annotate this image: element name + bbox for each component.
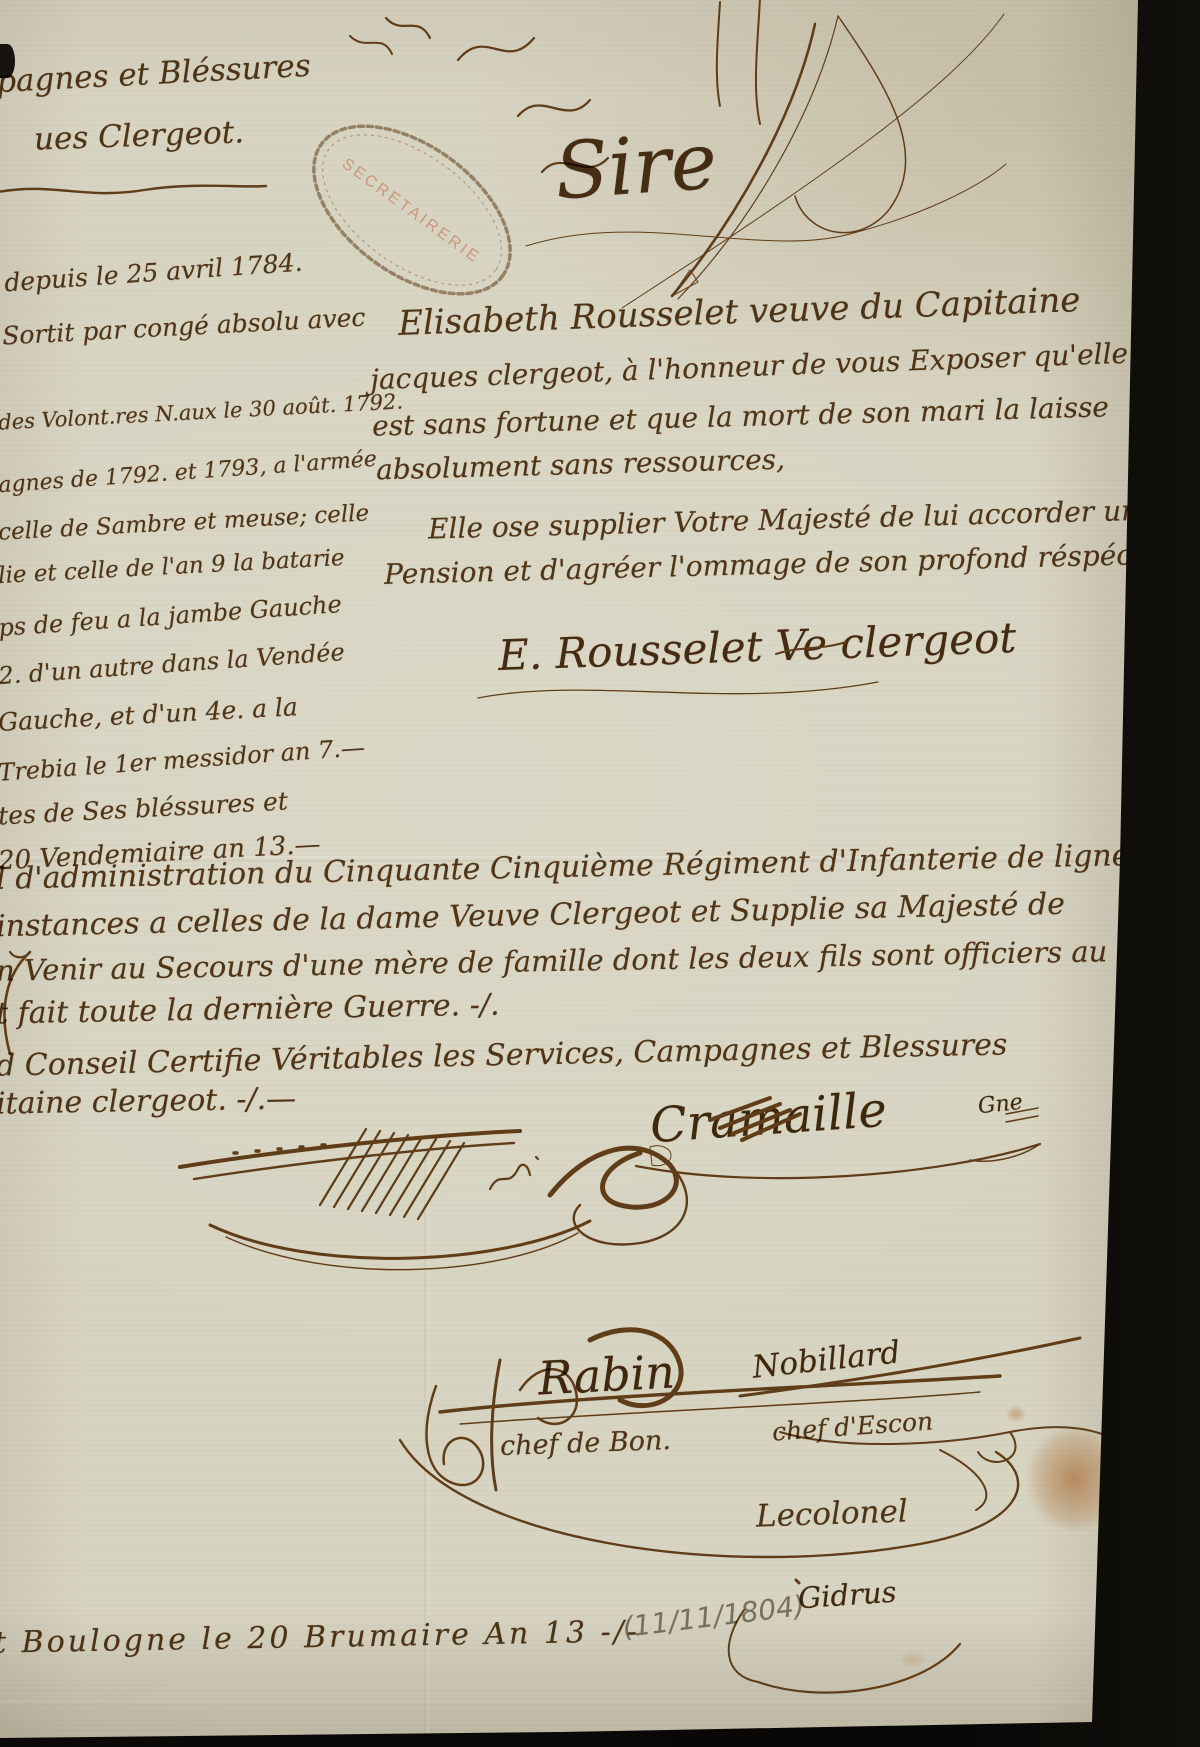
colonel-label: Lecolonel [755,1493,908,1534]
body-line: absolument sans ressources, [376,443,786,487]
rabin-title: chef de Bon. [500,1425,672,1462]
margin-underline-flourish [0,178,274,208]
document-paper: SECRETAIRERIE Sire pagnes et Bléssures u… [0,0,1200,1747]
council-line: t fait toute la dernière Guerre. -/. [0,988,500,1032]
dateline: t Boulogne le 20 Brumaire An 13 -/- [0,1614,640,1660]
margin-note-line: pagnes et Bléssures [0,48,312,100]
margin-note-line: tes de Ses bléssures et [0,786,289,830]
fold-crease-horizontal [0,486,1200,492]
signature-nobillard-flourish [680,1320,1200,1490]
stain-spot [1100,1498,1116,1511]
fold-crease-horizontal [0,1700,1200,1706]
margin-note-line: depuis le 25 avril 1784. [3,248,303,298]
body-line: est sans fortune et que la mort de son m… [372,390,1110,442]
margin-note-line: Trebia le 1er messidor an 7.— [0,733,366,787]
margin-note-line: lie et celle de l'an 9 la batarie [0,545,345,589]
council-line: d Conseil Certifie Véritables les Servic… [0,1027,1008,1083]
margin-note-line: Gauche, et d'un 4e. a la [0,692,298,737]
council-line: n Venir au Secours d'une mère de famille… [0,934,1108,987]
colonel-signature-flourish [700,1560,1020,1710]
margin-note-line: 2. d'un autre dans la Vendée [0,638,346,690]
body-line: jacques clergeot, à l'honneur de vous Ex… [370,337,1129,396]
margin-note-line: ps de feu a la jambe Gauche [0,590,343,642]
salutation-swash [520,150,1020,280]
margin-note-line: ues Clergeot. [33,114,244,157]
signature-rabin: Rabin [537,1344,677,1405]
body-line: Pension et d'agréer l'ommage de son prof… [384,538,1144,591]
photo-background: SECRETAIRERIE Sire pagnes et Bléssures u… [0,0,1200,1747]
margin-note-line: Sortit par congé absolu avec [1,303,366,351]
margin-note-line: des Volont.res N.aux le 30 août. 1792. [0,389,404,434]
margin-note-line: celle de Sambre et meuse; celle [0,500,370,545]
margin-note-line: agnes de 1792. et 1793, a l'armée [0,447,378,498]
petitioner-signature-flourish [470,668,910,728]
signature-cramaille-flourish [620,1080,1060,1210]
body-line: Elle ose supplier Votre Majesté de lui a… [428,493,1156,545]
council-line: instances a celles de la dame Veuve Cler… [0,887,1065,944]
